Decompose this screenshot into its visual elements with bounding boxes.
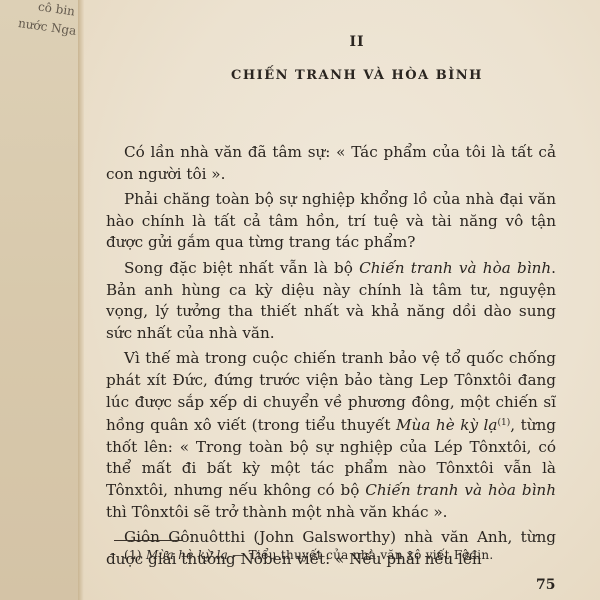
paragraph: Vì thế mà trong cuộc chiến tranh bảo vệ … (106, 348, 556, 523)
body-text: Có lần nhà văn đã tâm sự: « Tác phẩm của… (106, 142, 556, 574)
book-page: II CHIẾN TRANH VÀ HÒA BÌNH Có lần nhà vă… (84, 0, 600, 600)
chapter-title: CHIẾN TRANH VÀ HÒA BÌNH (84, 68, 600, 83)
chapter-number: II (84, 34, 600, 50)
paragraph: Phải chăng toàn bộ sự nghiệp khổng lồ củ… (106, 189, 556, 254)
footnote: (1) Mùa hè kỳ lạ — Tiểu thuyết của nhà v… (124, 548, 554, 562)
book-title-italic: Chiến tranh và hòa bình (359, 259, 551, 277)
footnote-text: — Tiểu thuyết của nhà văn xô viết Fêđin. (228, 548, 493, 562)
paragraph: Song đặc biệt nhất vẫn là bộ Chiến tranh… (106, 258, 556, 344)
page-number: 75 (536, 577, 555, 593)
book-title-italic: Mùa hè kỳ lạ (396, 416, 497, 434)
footnote-reference: (1) (497, 418, 510, 428)
footnote-divider (114, 540, 182, 541)
book-title-italic: Chiến tranh và hòa bình (365, 481, 556, 499)
paragraph: Có lần nhà văn đã tâm sự: « Tác phẩm của… (106, 142, 556, 185)
left-page-text-fragment: cô bin (37, 0, 76, 19)
previous-page-edge: cô bin nước Nga (0, 0, 80, 600)
footnote-title: Mùa hè kỳ lạ (146, 548, 228, 562)
footnote-marker: (1) (124, 548, 142, 562)
left-page-text-fragment: nước Nga (17, 16, 77, 38)
